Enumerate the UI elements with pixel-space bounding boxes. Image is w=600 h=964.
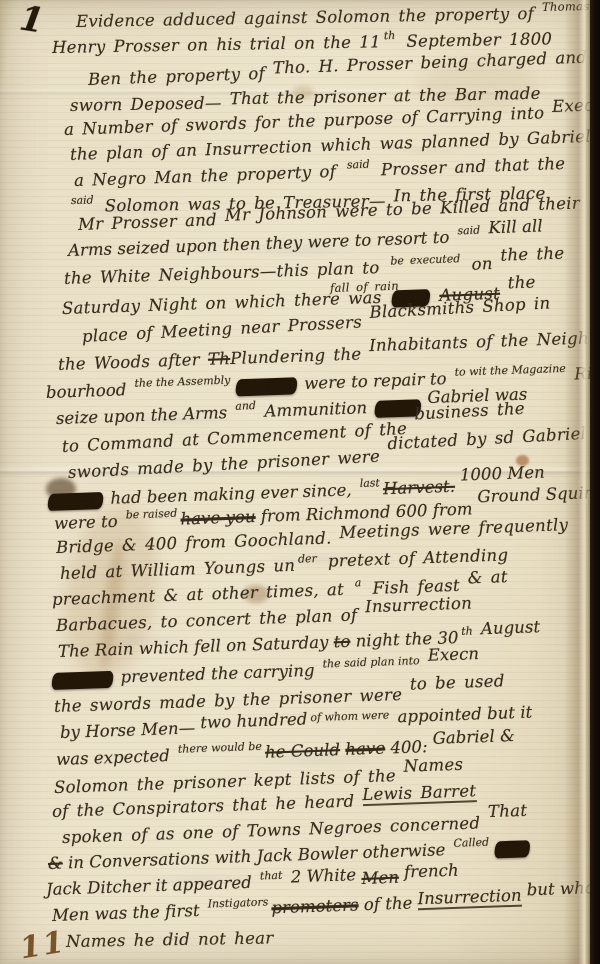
manuscript-segment: of the [358,893,418,914]
manuscript-segment: Men was the first [52,901,206,925]
ink-blot-word: said [493,840,530,858]
manuscript-segment: Plundering the [230,344,370,368]
manuscript-segment: Harvest. [383,477,456,498]
manuscript-segment: Barbacues, to concert the plan of [56,605,366,635]
manuscript-segment: have you [180,507,256,529]
manuscript-segment: be executed [390,252,460,267]
manuscript-segment: to be used [410,671,505,693]
manuscript-segment: Names [403,755,463,776]
manuscript-line: Evidence adduced against Solomon the pro… [76,3,590,31]
manuscript-segment: the the [500,244,565,265]
manuscript-segment: Lewis Barret [362,781,477,806]
manuscript-segment: the the Assembly [134,374,230,390]
manuscript-segment: Inhabitants of the Neigh [369,328,589,355]
manuscript-segment: promoters [271,895,359,917]
manuscript-segment: th [384,29,396,42]
manuscript-segment: Insurrection [365,593,473,616]
manuscript-segment: Ground Squirrel [477,482,600,506]
manuscript-text: Evidence adduced against Solomon the pro… [0,0,590,964]
manuscript-segment: 1000 Men [460,463,546,485]
manuscript-segment: last [359,476,380,490]
manuscript-segment: french [398,861,458,882]
manuscript-segment: to wit the Magazine [454,362,566,379]
manuscript-segment: 400: [385,737,433,758]
manuscript-segment: August [475,617,540,638]
manuscript-segment: two hundred [200,709,308,732]
manuscript-segment: sworn Deposed— [70,93,230,115]
manuscript-segment: der [298,552,317,566]
manuscript-segment: That [488,801,528,821]
manuscript-segment: Thomas [542,0,590,14]
ink-mark-bottom: 11 [18,925,69,964]
photo-background-edge [590,0,600,964]
manuscript-line: Names he did not hear [66,928,274,951]
manuscript-segment: that [260,869,283,883]
manuscript-segment: a [355,576,362,589]
manuscript-segment: 2 White [285,865,362,887]
manuscript-segment: were to [54,512,124,533]
manuscript-segment: there would be [178,740,262,756]
manuscript-segment: a Negro Man the property of [74,162,345,190]
manuscript-segment: bourhood [46,380,132,402]
manuscript-segment: seize upon the Arms [56,403,233,428]
manuscript-segment: & [48,853,63,873]
manuscript-segment: Insurrection [417,886,522,911]
manuscript-segment: held at William Youngs un [60,556,296,583]
manuscript-segment: by Horse Men— [60,718,201,742]
manuscript-segment: Names he did not hear [66,928,274,951]
ink-blot-word: illegible [235,377,298,396]
manuscript-segment: the Woods after [58,350,209,374]
manuscript-segment: of whom were [310,709,389,725]
manuscript-segment: The Rain which fell on Saturday [58,632,334,661]
manuscript-segment: Execn [427,644,479,665]
manuscript-segment: of the Conspirators that he heard [52,791,363,821]
manuscript-segment: Gabriel & [432,726,515,748]
manuscript-segment: Henry Prosser on his trial on the 11 [52,32,381,57]
manuscript-segment: Ben the property of [88,64,274,89]
manuscript-segment: he Could [265,740,341,762]
manuscript-segment: Prosser and that the [373,154,566,180]
manuscript-segment: place of Meeting near Prossers [82,312,371,346]
manuscript-segment: Jack Ditcher it appeared [46,873,258,899]
ink-blot-word: swords [47,492,104,511]
ink-blot-word: illegible [51,671,114,690]
manuscript-segment: to [333,632,350,652]
manuscript-segment: Instigators [207,895,268,910]
manuscript-segment: th [461,625,473,638]
manuscript-segment: the [499,272,536,292]
manuscript-segment: Mr Prosser and [78,210,226,234]
manuscript-segment: September 1800 [398,29,552,51]
manuscript-segment: Called [453,836,489,850]
manuscript-segment: said [457,224,480,238]
manuscript-page: 1 Evidence adduced against Solomon the p… [0,0,590,964]
manuscript-segment: have [345,739,385,759]
manuscript-segment: said [347,158,370,172]
manuscript-segment: prevented the carrying [115,661,320,687]
manuscript-segment: preachment & at other times, at [52,580,353,609]
manuscript-segment: & at [467,567,508,587]
manuscript-segment: the said plan into [322,654,420,670]
manuscript-segment: was expected [56,746,176,769]
manuscript-segment: appointed but it [392,703,533,727]
manuscript-segment: said [71,194,94,207]
manuscript-segment: Ammunition [259,398,373,421]
manuscript-segment: be raised [126,507,178,522]
manuscript-segment: Th [208,349,231,369]
manuscript-segment: on [463,254,501,274]
manuscript-segment: but whose [521,877,600,899]
manuscript-segment: Evidence adduced against Solomon the pro… [76,4,542,31]
manuscript-segment: Kill all [483,216,543,237]
manuscript-segment: Men [361,868,399,888]
manuscript-segment: and [235,399,256,413]
